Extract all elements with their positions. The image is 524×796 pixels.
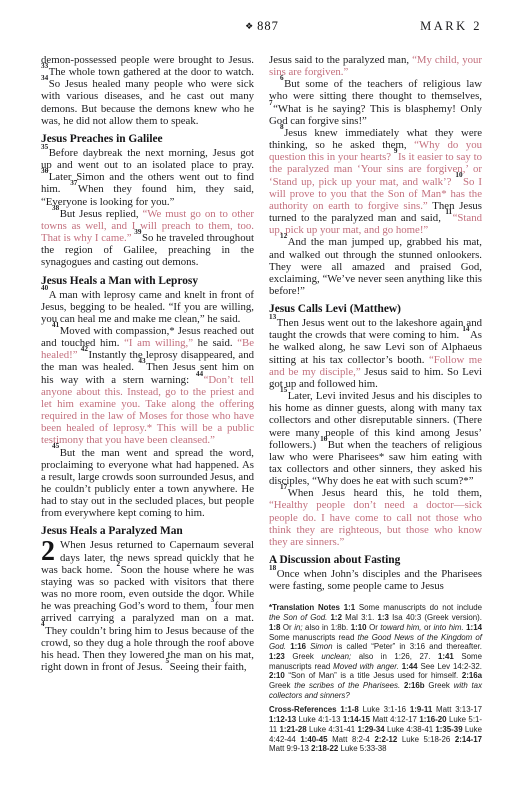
text-run: “What is he saying? This is blasphemy! O… bbox=[269, 103, 482, 127]
text-run: When they found him, they said, “Everyon… bbox=[41, 183, 254, 207]
text-run: 1:40-45 bbox=[300, 735, 332, 744]
verse-paragraph: Jesus said to the paralyzed man, “My chi… bbox=[269, 54, 482, 78]
verse-number: 33 bbox=[41, 62, 48, 70]
text-run: Luke 5:33-38 bbox=[341, 744, 387, 753]
text-run: So Jesus healed many people who were sic… bbox=[41, 78, 254, 126]
column-right: Jesus said to the paralyzed man, “My chi… bbox=[269, 54, 482, 759]
text-run: 1:14-15 bbox=[343, 715, 373, 724]
text-run: Matt 9:9-13 bbox=[269, 744, 311, 753]
verse-paragraph: 12And the man jumped up, grabbed his mat… bbox=[269, 236, 482, 297]
section-heading: Jesus Calls Levi (Matthew) bbox=[269, 303, 482, 316]
text-run: Mal 3:1. bbox=[345, 613, 377, 622]
section-heading: Jesus Heals a Man with Leprosy bbox=[41, 275, 254, 288]
text-run: Seeing their faith, bbox=[170, 661, 247, 673]
verse-number: 36 bbox=[41, 167, 48, 175]
bible-page: ❖887 MARK 2 demon-possessed people were … bbox=[0, 0, 524, 796]
text-run: Moved with anger. bbox=[333, 662, 402, 671]
text-run: 1:9-11 bbox=[410, 705, 436, 714]
text-run: *Translation Notes bbox=[269, 603, 344, 612]
verse-paragraph: 8Jesus knew immediately what they were t… bbox=[269, 127, 482, 236]
verse-number: 8 bbox=[280, 123, 284, 131]
verse-number: 41 bbox=[52, 321, 59, 329]
text-run: also in 1:8b. bbox=[303, 623, 351, 632]
verse-number: 37 bbox=[70, 179, 77, 187]
verse-paragraph: 6But some of the teachers of religious l… bbox=[269, 78, 482, 127]
verse-number: 13 bbox=[269, 313, 276, 321]
chapter-number-dropcap: 2 bbox=[41, 539, 60, 562]
text-run: Matt 4:12-17 bbox=[372, 715, 419, 724]
text-run: is called “Peter” in 3:16 and thereafter… bbox=[333, 642, 482, 651]
text-run: in; bbox=[294, 623, 302, 632]
text-run: 1:16 bbox=[290, 642, 310, 651]
verse-paragraph: 38But Jesus replied, “We must go on to o… bbox=[41, 208, 254, 269]
verse-number: 15 bbox=[280, 386, 287, 394]
verse-number: 40 bbox=[41, 284, 48, 292]
text-run: “Son of Man” is a title Jesus used for h… bbox=[288, 671, 461, 680]
text-run: 1:14 bbox=[466, 623, 482, 632]
verse-number: 35 bbox=[41, 143, 48, 151]
text-run: Matt 3:13-17 bbox=[436, 705, 482, 714]
verse-number: 45 bbox=[52, 442, 59, 450]
text-run: 1:1-8 bbox=[340, 705, 362, 714]
section-heading: Jesus Preaches in Galilee bbox=[41, 133, 254, 146]
verse-number: 44 bbox=[196, 370, 203, 378]
text-run: the scribes of the Pharisees. bbox=[294, 681, 404, 690]
section-heading: A Discussion about Fasting bbox=[269, 554, 482, 567]
text-run: Luke 4:38-41 bbox=[387, 725, 435, 734]
text-run: Cross-References bbox=[269, 705, 340, 714]
verse-number: 6 bbox=[280, 74, 284, 82]
text-run: Once when John’s disciples and the Phari… bbox=[269, 568, 482, 592]
text-run: The whole town gathered at the door to w… bbox=[49, 66, 254, 78]
verse-paragraph: 18Once when John’s disciples and the Pha… bbox=[269, 568, 482, 592]
column-left: demon-possessed people were brought to J… bbox=[41, 54, 254, 759]
text-run: Greek bbox=[292, 652, 321, 661]
verse-number: 38 bbox=[52, 204, 59, 212]
text-run: the Son of God. bbox=[269, 613, 331, 622]
text-run: Simon bbox=[310, 642, 332, 651]
text-run: When Jesus heard this, he told them, bbox=[288, 487, 482, 499]
verse-number: 43 bbox=[138, 357, 145, 365]
text-run: Some manuscripts do not include bbox=[359, 603, 482, 612]
text-run: 2:18-22 bbox=[311, 744, 340, 753]
text-run: Matt 8:2-4 bbox=[332, 735, 374, 744]
cross-references: Cross-References 1:1-8 Luke 3:1-16 1:9-1… bbox=[269, 705, 482, 754]
text-run: Isa 40:3 (Greek version). bbox=[392, 613, 482, 622]
verse-paragraph: demon-possessed people were brought to J… bbox=[41, 54, 254, 127]
text-run: Greek bbox=[269, 681, 294, 690]
text-columns: demon-possessed people were brought to J… bbox=[41, 54, 482, 759]
diamond-ornament-icon: ❖ bbox=[245, 22, 254, 32]
text-run: Jesus said to the paralyzed man, bbox=[269, 54, 412, 66]
verse-paragraph: 35Before daybreak the next morning, Jesu… bbox=[41, 147, 254, 208]
text-run: 2:10 bbox=[269, 671, 288, 680]
text-run: 1:12-13 bbox=[269, 715, 299, 724]
verse-paragraph: 15Later, Levi invited Jesus and his disc… bbox=[269, 390, 482, 487]
text-run: 1:44 bbox=[402, 662, 421, 671]
running-head: ❖887 MARK 2 bbox=[0, 19, 524, 35]
verse-paragraph: 17When Jesus heard this, he told them, “… bbox=[269, 487, 482, 548]
red-letter-text: “Healthy people don’t need a doctor—sick… bbox=[269, 499, 482, 547]
text-run: 1:1 bbox=[344, 603, 359, 612]
verse-number: 17 bbox=[280, 483, 287, 491]
verse-number: 11 bbox=[445, 208, 452, 216]
text-run: demon-possessed people were brought to J… bbox=[41, 54, 254, 66]
verse-paragraph: 40A man with leprosy came and knelt in f… bbox=[41, 289, 254, 325]
verse-number: 12 bbox=[280, 232, 287, 240]
text-run: But Jesus replied, bbox=[60, 208, 143, 220]
text-run: 1:16-20 bbox=[419, 715, 449, 724]
text-run: 2:2-12 bbox=[374, 735, 401, 744]
text-run: 1:2 bbox=[331, 613, 346, 622]
text-run: or bbox=[421, 623, 433, 632]
translation-notes: *Translation Notes 1:1 Some manuscripts … bbox=[269, 603, 482, 700]
verse-number: 10 bbox=[455, 171, 462, 179]
text-run: But some of the teachers of religious la… bbox=[269, 78, 482, 102]
verse-paragraph: 41Moved with compassion,* Jesus reached … bbox=[41, 325, 254, 447]
text-run: toward him, bbox=[380, 623, 421, 632]
text-run: 1:21-28 bbox=[279, 725, 309, 734]
text-run: A man with leprosy came and knelt in fro… bbox=[41, 289, 254, 325]
verse-number: 42 bbox=[81, 345, 88, 353]
verse-number: 3 bbox=[211, 596, 215, 604]
text-run: 1:3 bbox=[377, 613, 392, 622]
verse-number: 4 bbox=[41, 620, 45, 628]
text-run: Luke 3:1-16 bbox=[363, 705, 410, 714]
text-run: 2:16b bbox=[404, 681, 428, 690]
verse-paragraph: 45But the man went and spread the word, … bbox=[41, 447, 254, 520]
text-run: 1:10 bbox=[351, 623, 369, 632]
text-run: Greek bbox=[428, 681, 453, 690]
verse-number: 9 bbox=[394, 147, 398, 155]
verse-number: 18 bbox=[269, 564, 276, 572]
text-run: into him. bbox=[434, 623, 467, 632]
book-chapter-heading: MARK 2 bbox=[420, 19, 482, 34]
text-run: he said. bbox=[193, 337, 237, 349]
text-run: unclean; bbox=[321, 652, 351, 661]
text-run: 1:23 bbox=[269, 652, 292, 661]
text-run: 1:41 bbox=[438, 652, 461, 661]
text-run: See Lev 14:2-32. bbox=[420, 662, 482, 671]
verse-number: 16 bbox=[320, 435, 327, 443]
footnotes: *Translation Notes 1:1 Some manuscripts … bbox=[269, 603, 482, 754]
text-run: Or bbox=[369, 623, 380, 632]
text-run: Then Jesus went out to the lakeshore aga… bbox=[269, 317, 482, 341]
text-run: 1:29-34 bbox=[357, 725, 387, 734]
text-run: But the man went and spread the word, pr… bbox=[41, 447, 254, 520]
verse-number: 7 bbox=[269, 99, 273, 107]
text-run: Or bbox=[283, 623, 294, 632]
verse-number: 2 bbox=[117, 560, 121, 568]
text-run: 1:35-39 bbox=[435, 725, 465, 734]
verse-number: 14 bbox=[462, 325, 469, 333]
section-heading: Jesus Heals a Paralyzed Man bbox=[41, 525, 254, 538]
text-run: Luke 5:18-26 bbox=[402, 735, 455, 744]
text-run: Luke 4:31-41 bbox=[309, 725, 357, 734]
text-run: also in 1:26, 27. bbox=[351, 652, 438, 661]
text-run: 1:8 bbox=[269, 623, 283, 632]
text-run: 2:14-17 bbox=[455, 735, 482, 744]
verse-number: 5 bbox=[165, 657, 169, 665]
verse-paragraph: 13Then Jesus went out to the lakeshore a… bbox=[269, 317, 482, 390]
verse-number: 39 bbox=[134, 228, 141, 236]
text-run: Before daybreak the next morning, Jesus … bbox=[41, 147, 254, 171]
red-letter-text: “I am willing,” bbox=[124, 337, 193, 349]
chapter-opening-paragraph: 2When Jesus returned to Capernaum severa… bbox=[41, 539, 254, 673]
text-run: And the man jumped up, grabbed his mat, … bbox=[269, 236, 482, 297]
verse-number: 34 bbox=[41, 74, 48, 82]
text-run: Some manuscripts read bbox=[269, 633, 358, 642]
text-run: Luke 4:1-13 bbox=[299, 715, 343, 724]
page-number: 887 bbox=[257, 19, 279, 33]
text-run: 2:16a bbox=[462, 671, 482, 680]
